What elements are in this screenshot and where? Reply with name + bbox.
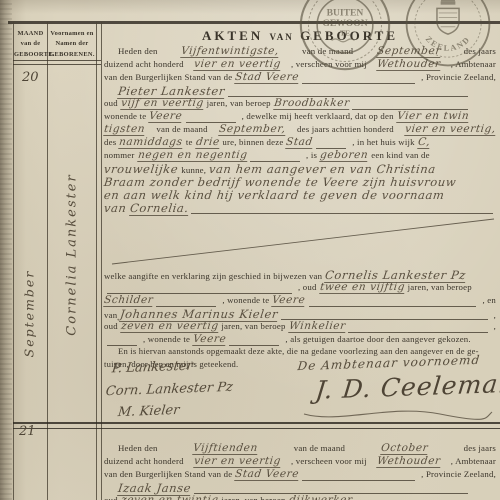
act1-line-4: Pieter Lankester <box>104 84 496 97</box>
act2-date-month: October <box>380 442 429 455</box>
act2-line-5: oud zeven en twintig jaren, van beroep d… <box>104 494 496 500</box>
act1-date-year: vier en veertig <box>193 58 281 71</box>
act2-date-day: Vijftienden <box>193 442 259 455</box>
title-part1: AKTEN <box>202 28 263 43</box>
act2-line-3: van den Burgerlijken Stand van de Stad V… <box>104 468 496 481</box>
act1-born-word: geboren <box>319 149 369 162</box>
blank-rule <box>348 324 487 333</box>
blank-space <box>104 214 496 268</box>
act1-birth-place: Stad <box>286 136 314 149</box>
printed-text: Heden den <box>118 46 158 56</box>
blank-rule <box>194 485 468 494</box>
printed-text: , Provincie Zeeland, <box>421 469 496 479</box>
signature-flourish <box>300 404 495 427</box>
printed-text: ure, binnen deze <box>222 137 283 147</box>
signature-official: J. D. Ceelemans <box>314 368 500 404</box>
act1-birth-day: Vier en twin <box>396 110 470 123</box>
act1-birth-year: vier en veertig, <box>404 123 496 136</box>
column-header-underline <box>13 60 101 65</box>
printed-text: , als getuigen daartoe door den aangever… <box>285 334 470 344</box>
signature-declarant: P. Lankester <box>111 359 193 377</box>
blank-rule <box>107 337 137 346</box>
printed-text: , wonende te <box>222 295 269 305</box>
blank-rule <box>156 298 216 307</box>
act1-birth-day-cont: tigsten <box>103 123 146 136</box>
printed-text: des jaars <box>464 443 496 453</box>
title-part2: VAN <box>269 32 293 42</box>
act2-official-role: Wethouder <box>376 455 441 468</box>
witness1-occupation: Schilder <box>103 294 154 307</box>
illegible-stamp-text <box>332 39 355 42</box>
act1-mother-text: Braam zonder bedrijf wonende te Veere zi… <box>103 175 457 189</box>
printed-text: jaren, van beroep <box>408 282 472 292</box>
blank-rule <box>281 311 487 320</box>
act1-line-8: des namiddags te drie ure, binnen deze S… <box>104 136 496 149</box>
birth-register-page: MAAND van de GEBOORTE. Voornamen en Name… <box>0 0 500 500</box>
act1-line-9: nommer negen en negentig , is geboren ee… <box>104 149 496 162</box>
printed-text: des jaars achttien honderd <box>297 124 394 134</box>
act1-line-6: wonende te Veere , dewelke mij heeft ver… <box>104 110 496 123</box>
act2-line-4: Izaak Janse <box>104 481 496 494</box>
postal-stamp: BUITEN GEWOON TE <box>297 0 393 73</box>
printed-text: , Ambtenaar <box>451 456 496 466</box>
blank-rule <box>302 472 415 481</box>
printed-text: van den Burgerlijken Stand van de <box>104 72 232 82</box>
printed-text: oud <box>104 321 118 331</box>
act2-line-1: Heden den Vijftienden van de maand Octob… <box>104 442 496 455</box>
act1-declarant-occupation: Broodbakker <box>273 97 350 110</box>
flourish-stroke <box>300 404 495 422</box>
printed-text: des <box>104 137 116 147</box>
act2-declarant-occupation: dijkwerker <box>288 494 353 500</box>
act1-date-day: Vijfentwintigste, <box>180 45 279 58</box>
stamp-text-line3: TE <box>340 29 350 38</box>
printed-text: nommer <box>104 150 135 160</box>
printed-text: , <box>494 310 496 320</box>
blank-rule <box>309 298 477 307</box>
column-header-month: MAAND van de GEBOORTE. <box>14 29 47 60</box>
printed-text: van de maand <box>156 124 207 134</box>
coat-of-arms-icon <box>437 8 459 34</box>
printed-text: , Provincie Zeeland, <box>421 72 496 82</box>
witness-line-6: , wonende te Veere , als getuigen daarto… <box>104 333 496 346</box>
signature-witness2: M. Kieler <box>117 403 180 420</box>
printed-text: , verscheen voor mij <box>291 456 367 466</box>
act1-line-5: oud vijf en veertig jaren, van beroep Br… <box>104 97 496 110</box>
witness2-occupation: Winkelier <box>288 320 346 333</box>
witness1-residence: Veere <box>272 294 307 307</box>
printed-text: van den Burgerlijken Stand van de <box>104 469 232 479</box>
blank-rule <box>352 101 468 110</box>
act1-line-10: vrouwelijke kunne, van hem aangever en v… <box>104 162 496 175</box>
act1-line-11: Braam zonder bedrijf wonende te Veere zi… <box>104 175 496 188</box>
printed-text: Heden den <box>118 443 158 453</box>
witness1-age: twee en vijftig <box>319 281 406 294</box>
blank-rule <box>228 88 468 97</box>
blank-rule <box>229 337 279 346</box>
column-header-names: Voornamen en Namen der GEBORENEN. <box>48 29 96 60</box>
act1-naming-text: en aan welk kind hij verklaard te geven … <box>103 188 445 202</box>
act2-number: 21 <box>19 424 36 439</box>
act2-declarant-age: zeven en twintig <box>120 494 219 500</box>
witness2-age: zeven en veertig <box>120 320 219 333</box>
printed-text: , wonende te <box>143 334 190 344</box>
act1-birth-daypart: namiddags <box>119 136 184 149</box>
printed-text: , is <box>306 150 317 160</box>
signature-witness1: Corn. Lankester Pz <box>105 380 234 399</box>
crown-icon <box>441 0 456 5</box>
printed-text: jaren, van beroep <box>221 321 285 331</box>
act1-line-13: van Cornelia. <box>104 201 496 214</box>
printed-text: oud <box>104 98 118 108</box>
printed-text: , in het huis wijk <box>352 137 415 147</box>
book-gutter <box>0 0 12 500</box>
printed-text: van de maand <box>294 443 345 453</box>
printed-text: , en <box>482 295 496 305</box>
blank-rule <box>302 75 415 84</box>
act1-birth-month: September, <box>218 123 286 136</box>
stamp-text-line2: GEWOON <box>322 18 367 29</box>
blank-rule <box>186 114 236 123</box>
act1-line-7: tigsten van de maand September, des jaar… <box>104 123 496 136</box>
act1-birth-hour: drie <box>195 136 220 149</box>
act2-municipality: Stad Veere <box>235 468 301 481</box>
act2-line-2: duizend acht honderd vier en veertig , v… <box>104 455 496 468</box>
act1-municipality: Stad Veere <box>235 71 301 84</box>
act2-date-year: vier en veertig <box>193 455 281 468</box>
printed-text: , oud <box>298 282 317 292</box>
act1-parents-text: van hem aangever en van Christina <box>208 162 437 176</box>
act1-declarant-age: vijf en veertig <box>120 97 204 110</box>
witness2-residence: Veere <box>192 333 227 346</box>
blank-rule <box>191 205 493 214</box>
act1-house-number: negen en negentig <box>137 149 248 162</box>
printed-text: oud <box>104 495 118 500</box>
stamp-region-text: ZEELAND <box>424 34 473 52</box>
printed-text: van <box>103 201 127 215</box>
printed-text: van <box>104 310 117 320</box>
revenue-stamp: ZEELAND <box>402 0 494 70</box>
printed-text: duizend acht honderd <box>104 456 184 466</box>
act1-declarant-residence: Veere <box>149 110 184 123</box>
act1-number: 20 <box>22 70 39 85</box>
printed-text: wonende te <box>104 111 146 121</box>
witness-line-4: van Johannes Marinus Kieler , <box>104 307 496 320</box>
printed-text: kunne, <box>181 165 206 175</box>
printed-text: , <box>494 495 496 500</box>
printed-text: duizend acht honderd <box>104 59 184 69</box>
act1-month-vertical: September <box>22 219 37 409</box>
act1-child-name-vertical: Cornelia Lankester <box>65 100 80 410</box>
witness-line-1: welke aangifte en verklaring zijn geschi… <box>104 268 496 281</box>
act2-body: Heden den Vijftienden van de maand Octob… <box>104 442 496 500</box>
witness-line-3: Schilder , wonende te Veere , en <box>104 294 496 307</box>
printed-text: jaren, van beroep <box>221 495 285 500</box>
stamp-text-line1: BUITEN <box>327 7 364 18</box>
act1-body: Heden den Vijfentwintigste, van de maand… <box>104 45 496 372</box>
blank-rule <box>316 140 346 149</box>
printed-text: , <box>494 321 496 331</box>
blank-rule <box>250 153 300 162</box>
printed-text: , dewelke mij heeft verklaard, dat op de… <box>242 111 394 121</box>
witness-line-5: oud zeven en veertig jaren, van beroep W… <box>104 320 496 333</box>
act1-line-12: en aan welk kind hij verklaard te geven … <box>104 188 496 201</box>
printed-text: jaren, van beroep <box>207 98 271 108</box>
blank-rule <box>107 285 292 294</box>
printed-text: te <box>186 137 193 147</box>
printed-text: welke aangifte en verklaring zijn geschi… <box>104 271 322 281</box>
printed-text: een kind van de <box>371 150 429 160</box>
act1-house-wijk: C, <box>417 136 431 149</box>
act1-child-gender: vrouwelijke <box>103 162 179 176</box>
diagonal-strike-line <box>104 214 496 268</box>
